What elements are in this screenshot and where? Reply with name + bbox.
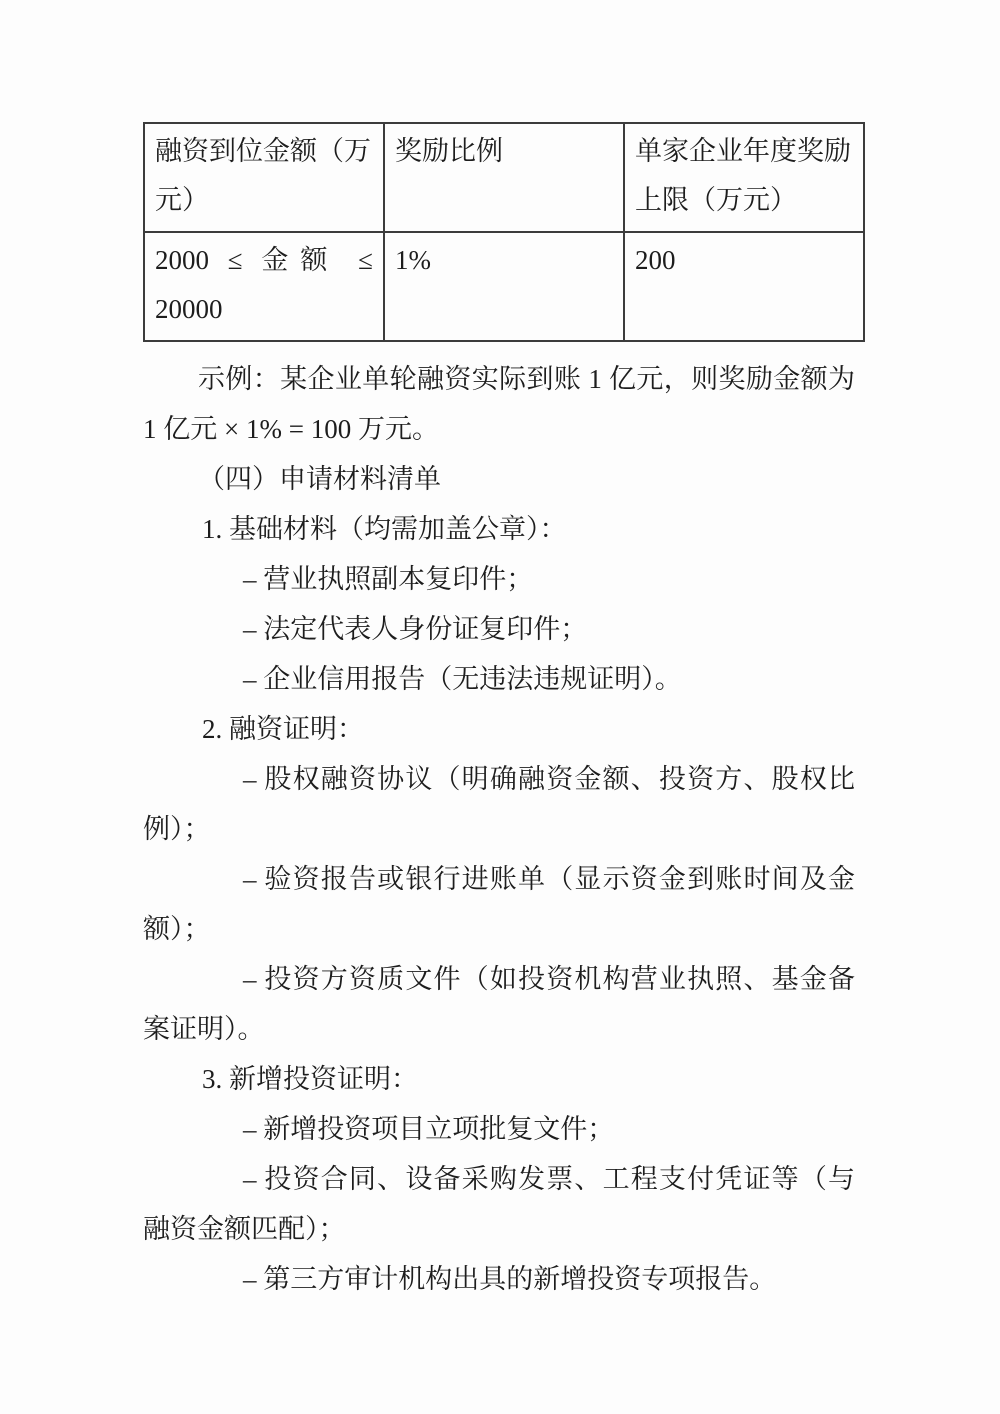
list-item-financing-proof: 2. 融资证明：	[143, 704, 855, 754]
list-item-basic-materials: 1. 基础材料（均需加盖公章）：	[143, 504, 855, 554]
list-item-audit-report: – 第三方审计机构出具的新增投资专项报告。	[143, 1254, 855, 1304]
paragraph-example: 示例：某企业单轮融资实际到账 1 亿元，则奖励金额为 1 亿元 × 1% = 1…	[143, 354, 855, 454]
list-item-capital-verification: – 验资报告或银行进账单（显示资金到账时间及金额）；	[143, 854, 855, 954]
table-cell-amount-range: 2000 ≤ 金额 ≤ 20000	[144, 232, 384, 341]
table-header-financing-amount: 融资到位金额（万元）	[144, 123, 384, 232]
list-item-business-license: – 营业执照副本复印件；	[143, 554, 855, 604]
table-header-reward-ratio: 奖励比例	[384, 123, 624, 232]
list-item-new-investment-proof: 3. 新增投资证明：	[143, 1054, 855, 1104]
section-heading-materials: （四）申请材料清单	[143, 454, 855, 504]
list-item-legal-rep-id: – 法定代表人身份证复印件；	[143, 604, 855, 654]
table-cell-ratio: 1%	[384, 232, 624, 341]
table-header-row: 融资到位金额（万元） 奖励比例 单家企业年度奖励上限（万元）	[144, 123, 864, 232]
document-page: 融资到位金额（万元） 奖励比例 单家企业年度奖励上限（万元） 2000 ≤ 金额…	[0, 0, 1000, 1414]
reward-table: 融资到位金额（万元） 奖励比例 单家企业年度奖励上限（万元） 2000 ≤ 金额…	[143, 122, 865, 342]
list-item-investment-contracts: – 投资合同、设备采购发票、工程支付凭证等（与融资金额匹配）；	[143, 1154, 855, 1254]
list-item-equity-agreement: – 股权融资协议（明确融资金额、投资方、股权比例）；	[143, 754, 855, 854]
list-item-project-approval: – 新增投资项目立项批复文件；	[143, 1104, 855, 1154]
document-body: 示例：某企业单轮融资实际到账 1 亿元，则奖励金额为 1 亿元 × 1% = 1…	[143, 354, 855, 1304]
table-cell-cap: 200	[624, 232, 864, 341]
table-row: 2000 ≤ 金额 ≤ 20000 1% 200	[144, 232, 864, 341]
list-item-investor-qualification: – 投资方资质文件（如投资机构营业执照、基金备案证明）。	[143, 954, 855, 1054]
table-header-annual-cap: 单家企业年度奖励上限（万元）	[624, 123, 864, 232]
list-item-credit-report: – 企业信用报告（无违法违规证明）。	[143, 654, 855, 704]
